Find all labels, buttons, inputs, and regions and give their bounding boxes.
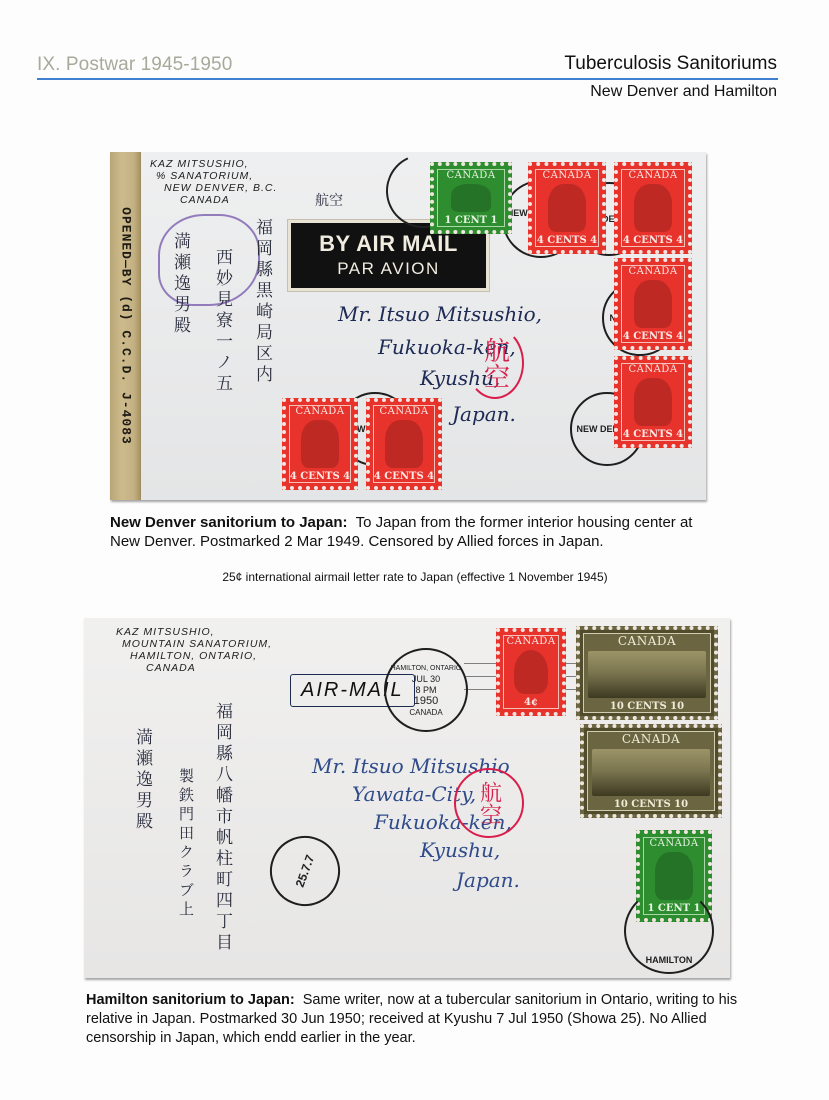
stamp-country: CANADA [506, 636, 555, 647]
stamp-portrait [634, 280, 673, 328]
stamp-denomination: 4 CENTS 4 [623, 331, 683, 342]
kanji-address-line: 福岡縣八幡市帆柱町四丁目 [210, 702, 235, 972]
cover-new-denver: OPENED—BY (d) C.C.D. J-4083 Kaz Mitsushi… [110, 152, 706, 500]
receiving-cancel: 25.7.7 [260, 826, 350, 916]
section-title: IX. Postwar 1945-1950 [37, 54, 232, 76]
stamp-country: CANADA [379, 406, 428, 417]
stamp-country: CANADA [542, 170, 591, 181]
return-address-line: Hamilton, Ontario, [116, 650, 272, 662]
return-address-line: Canada [150, 194, 277, 206]
stamp-portrait [548, 184, 587, 232]
return-address-line: Kaz Mitsushio, [150, 158, 277, 170]
cancel-country: CANADA [409, 707, 442, 718]
red-kanji-chop: 航空 [454, 768, 524, 838]
header-rule [37, 78, 778, 80]
rate-note: 25¢ international airmail letter rate to… [110, 570, 720, 584]
cancel-year: 1950 [414, 696, 438, 707]
red-kanji-chop: 航空 [466, 327, 524, 399]
stamp-4-cents: CANADA 4 CENTS 4 [282, 398, 358, 490]
machine-cancel: HAMILTON, ONTARIO JUL 30 8 PM 1950 CANAD… [384, 648, 468, 732]
kanji-airmail-note: 航空 [315, 190, 343, 210]
stamp-denomination: 1 CENT 1 [444, 215, 497, 226]
return-address-line: Kaz Mitsushio, [116, 626, 272, 638]
stamp-landscape [592, 749, 710, 796]
stamp-4-cents: CANADA 4 CENTS 4 [614, 162, 692, 254]
kanji-address-line: 西妙見寮一ノ五 [210, 248, 235, 448]
address-line: Japan. [452, 402, 516, 426]
return-address-line: % Sanatorium, [150, 170, 277, 182]
stamp-4-cents: CANADA 4 CENTS 4 [614, 258, 692, 350]
stamp-portrait [301, 420, 338, 468]
censor-tape: OPENED—BY (d) C.C.D. J-4083 [110, 152, 141, 500]
stamp-country: CANADA [649, 838, 698, 849]
return-address-line: Canada [116, 662, 272, 674]
stamp-denomination: 4 CENTS 4 [623, 235, 683, 246]
stamp-4-cents: CANADA 4 CENTS 4 [366, 398, 442, 490]
stamp-denomination: 4¢ [524, 697, 538, 708]
address-line: Kyushu, [420, 838, 500, 862]
stamp-10-cents: CANADA 10 CENTS 10 [576, 626, 718, 720]
stamp-denomination: 4 CENTS 4 [623, 429, 683, 440]
stamp-country: CANADA [618, 634, 676, 648]
stamp-country: CANADA [446, 170, 495, 181]
stamp-country: CANADA [628, 266, 677, 277]
airmail-label-line1: BY AIR MAIL [291, 231, 486, 257]
page-title: Tuberculosis Sanitoriums [564, 53, 777, 75]
stamp-portrait [451, 184, 492, 212]
address-line: Japan. [456, 868, 520, 892]
stamp-portrait [634, 184, 673, 232]
stamp-country: CANADA [622, 732, 680, 746]
stamp-country: CANADA [628, 364, 677, 375]
stamp-portrait [385, 420, 422, 468]
stamp-denomination: 4 CENTS 4 [290, 471, 350, 482]
cancel-date: JUL 30 [412, 674, 440, 685]
cancel-city: HAMILTON, ONTARIO [391, 663, 462, 674]
stamp-landscape [588, 651, 706, 698]
page-subtitle: New Denver and Hamilton [590, 83, 777, 101]
kanji-address-line: 製鉄門田クラブ上 [176, 768, 197, 938]
kanji-address-line: 福岡縣黒崎局区内 [250, 218, 275, 448]
censor-tape-text: OPENED—BY (d) C.C.D. J-4083 [119, 207, 134, 445]
stamp-4-cents: CANADA 4 CENTS 4 [614, 356, 692, 448]
stamp-4-cents: CANADA 4¢ [496, 628, 566, 716]
stamp-denomination: 10 CENTS 10 [610, 701, 684, 712]
caption-heading: New Denver sanitorium to Japan: [110, 514, 348, 531]
stamp-portrait [514, 650, 548, 694]
stamp-denomination: 4 CENTS 4 [537, 235, 597, 246]
caption-hamilton: Hamilton sanitorium to Japan: Same write… [86, 991, 746, 1048]
kanji-addressee: 満瀬逸男殿 [168, 232, 193, 382]
stamp-portrait [634, 378, 673, 426]
caption-heading: Hamilton sanitorium to Japan: [86, 992, 295, 1008]
kanji-addressee: 満瀬逸男殿 [130, 728, 155, 898]
return-address-line: New Denver, B.C. [150, 182, 277, 194]
hamilton-cds-cancel: HAMILTON [624, 888, 714, 974]
airmail-label-line2: PAR AVION [291, 259, 486, 279]
cover-hamilton: Kaz Mitsushio, Mountain Sanatorium, Hami… [84, 618, 730, 978]
caption-new-denver: New Denver sanitorium to Japan: To Japan… [110, 513, 720, 551]
stamp-denomination: 10 CENTS 10 [614, 799, 688, 810]
return-address: Kaz Mitsushio, % Sanatorium, New Denver,… [150, 158, 277, 206]
return-address-line: Mountain Sanatorium, [116, 638, 272, 650]
stamp-country: CANADA [295, 406, 344, 417]
stamp-denomination: 4 CENTS 4 [374, 471, 434, 482]
cancel-time: 8 PM [415, 685, 436, 696]
return-address: Kaz Mitsushio, Mountain Sanatorium, Hami… [116, 626, 272, 674]
stamp-country: CANADA [628, 170, 677, 181]
stamp-10-cents: CANADA 10 CENTS 10 [580, 724, 722, 818]
address-line: Mr. Itsuo Mitsushio, [338, 302, 542, 326]
stamp-1-cent: CANADA 1 CENT 1 [430, 162, 512, 234]
stamp-4-cents: CANADA 4 CENTS 4 [528, 162, 606, 254]
